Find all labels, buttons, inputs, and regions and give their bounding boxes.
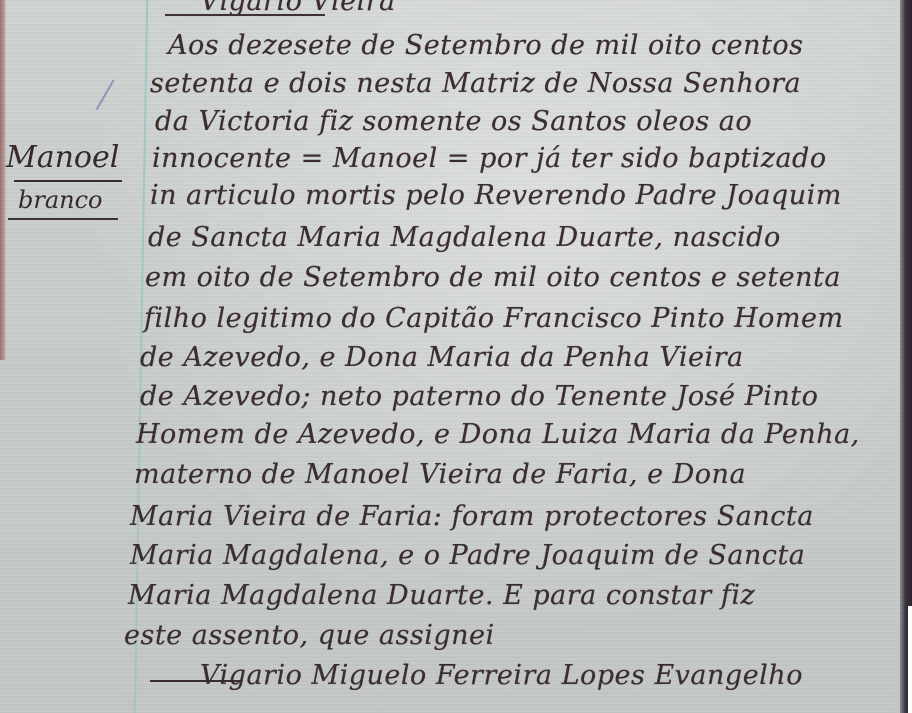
text-line: setenta e dois nesta Matriz de Nossa Sen…	[150, 68, 801, 99]
text-line: de Azevedo, e Dona Maria da Penha Vieira	[140, 342, 744, 373]
text-line: innocente = Manoel = por já ter sido bap…	[152, 143, 827, 174]
corner-white-patch	[908, 606, 912, 713]
signature-line: Vigario Miguelo Ferreira Lopes Evangelho	[200, 660, 803, 691]
manuscript-page: Manoel branco Vigario Vieira Aos dezeset…	[0, 0, 906, 713]
text-line: filho legitimo do Capitão Francisco Pint…	[144, 303, 844, 334]
text-line: materno de Manoel Vieira de Faria, e Don…	[134, 459, 746, 490]
text-line: da Victoria fiz somente os Santos oleos …	[155, 106, 752, 137]
text-line: Maria Magdalena Duarte. E para constar f…	[128, 580, 755, 611]
text-line: Homem de Azevedo, e Dona Luiza Maria da …	[136, 419, 860, 450]
text-line: em oito de Setembro de mil oito centos e…	[145, 262, 841, 293]
margin-note-underline-2	[8, 218, 118, 220]
margin-note-qualifier: branco	[18, 186, 103, 214]
text-line: Aos dezesete de Setembro de mil oito cen…	[168, 30, 804, 61]
left-binding-edge	[0, 0, 6, 360]
margin-note-name: Manoel	[6, 140, 119, 175]
blue-pencil-mark	[96, 80, 115, 110]
heading-flourish	[165, 14, 325, 16]
text-line: Maria Magdalena, e o Padre Joaquim de Sa…	[130, 540, 805, 571]
text-line: este assento, que assignei	[124, 620, 495, 651]
margin-note-underline	[14, 180, 122, 182]
text-line: de Sancta Maria Magdalena Duarte, nascid…	[148, 222, 781, 253]
text-line: in articulo mortis pelo Reverendo Padre …	[150, 180, 842, 211]
text-line: de Azevedo; neto paterno do Tenente José…	[140, 381, 818, 412]
text-line: Maria Vieira de Faria: foram protectores…	[130, 501, 814, 532]
